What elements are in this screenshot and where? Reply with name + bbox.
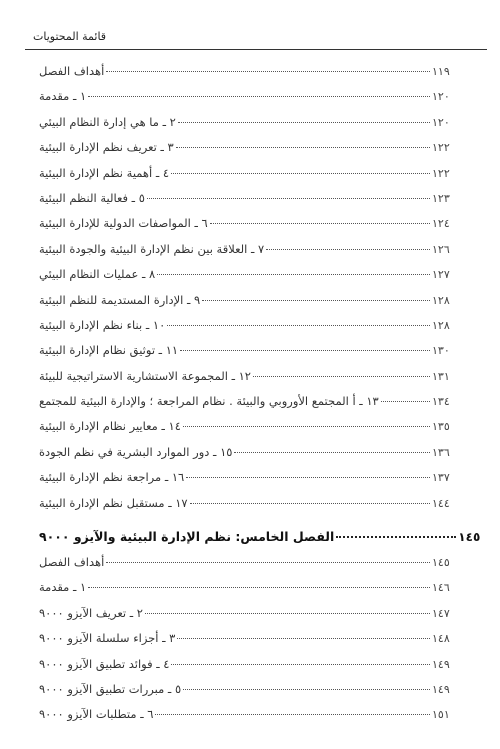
dot-leader — [336, 524, 456, 538]
toc-entry-page: ١٢٦ — [432, 243, 458, 256]
toc-entry-label: ١٦ ـ مراجعة نظم الإدارة البيئية — [36, 470, 184, 484]
toc-entry-label: ٣ ـ تعريف نظم الإدارة البيئية — [36, 140, 174, 154]
dot-leader — [177, 626, 430, 639]
toc-entry-page: ١٣٧ — [432, 471, 458, 484]
dot-leader — [147, 186, 430, 199]
toc-entry-label: ٤ ـ فوائد تطبيق الآيزو ٩٠٠٠ — [36, 657, 169, 671]
toc-entry-label: ١ ـ مقدمة — [36, 89, 86, 103]
toc-entry-label: ٢ ـ ما هي إدارة النظام البيئي — [36, 115, 176, 129]
dot-leader — [176, 135, 430, 148]
dot-leader — [210, 211, 430, 224]
toc-entry-label: أهداف الفصل — [36, 555, 104, 569]
toc-entry-label: ١٢ ـ المجموعة الاستشارية الاستراتيجية لل… — [36, 369, 251, 383]
dot-leader — [88, 575, 430, 588]
dot-leader — [202, 288, 430, 301]
dot-leader — [253, 364, 430, 377]
dot-leader — [381, 389, 430, 402]
dot-leader — [180, 338, 430, 351]
dot-leader — [171, 652, 430, 665]
toc-entry-label: ٩ ـ الإدارة المستديمة للنظم البيئية — [36, 293, 200, 307]
dot-leader — [106, 550, 430, 563]
toc-entry-label: ٤ ـ أهمية نظم الإدارة البيئية — [36, 166, 169, 180]
toc-entry-page: ١٣٥ — [432, 420, 458, 433]
chapter-page: ١٤٥ — [458, 530, 484, 544]
toc-entry-label: أهداف الفصل — [36, 64, 104, 78]
dot-leader — [171, 161, 430, 174]
toc-entry-page: ١٤٨ — [432, 632, 458, 645]
toc-entry-label: ١ ـ مقدمة — [36, 580, 86, 594]
dot-leader — [145, 601, 430, 614]
dot-leader — [167, 313, 430, 326]
dot-leader — [178, 110, 430, 123]
toc-entry-label: ٦ ـ المواصفات الدولية للإدارة البيئية — [36, 216, 208, 230]
dot-leader — [106, 59, 430, 72]
dot-leader — [190, 491, 430, 504]
dot-leader — [157, 262, 430, 275]
table-of-contents: أهداف الفصل ١١٩ ١ ـ مقدمة ١٢٠ ٢ ـ ما هي … — [36, 62, 458, 731]
dot-leader — [234, 440, 430, 453]
toc-entry-page: ١٢٢ — [432, 167, 458, 180]
dot-leader — [183, 677, 430, 690]
toc-entry-page: ١٤٩ — [432, 658, 458, 671]
dot-leader — [183, 414, 430, 427]
toc-entry-page: ١٢٣ — [432, 192, 458, 205]
toc-entry-page: ١٢٢ — [432, 141, 458, 154]
toc-entry-label: ٥ ـ مبررات تطبيق الآيزو ٩٠٠٠ — [36, 682, 181, 696]
toc-entry-label: ٨ ـ عمليات النظام البيئي — [36, 267, 155, 281]
running-header-title: قائمة المحتويات — [33, 30, 106, 43]
toc-entry-label: ٣ ـ أجزاء سلسلة الآيزو ٩٠٠٠ — [36, 631, 175, 645]
toc-entry-page: ١٢٧ — [432, 268, 458, 281]
toc-entry-page: ١٣١ — [432, 370, 458, 383]
toc-entry-page: ١٥١ — [432, 708, 458, 721]
toc-entry-page: ١٤٦ — [432, 581, 458, 594]
toc-entry-page: ١٢٤ — [432, 217, 458, 230]
dot-leader — [155, 702, 430, 715]
toc-entry-page: ١٣٤ — [432, 395, 458, 408]
dot-leader — [186, 465, 430, 478]
toc-entry-page: ١٤٧ — [432, 607, 458, 620]
toc-entry-label: ١٠ ـ بناء نظم الإدارة البيئية — [36, 318, 165, 332]
toc-entry-label: ١٣ ـ أ المجتمع الأوروبي والبيئة . نظام ا… — [36, 394, 379, 408]
toc-entry-page: ١١٩ — [432, 65, 458, 78]
toc-entry-label: ١١ ـ توثيق نظام الإدارة البيئية — [36, 343, 178, 357]
toc-entry-label: ١٤ ـ معايير نظام الإدارة البيئية — [36, 419, 181, 433]
toc-entry-page: ١٣٦ — [432, 446, 458, 459]
toc-entry-page: ١٢٨ — [432, 319, 458, 332]
toc-entry[interactable]: ١٧ ـ مستقبل نظم الإدارة البيئية ١٤٤ — [36, 494, 458, 519]
toc-entry-label: ١٥ ـ دور الموارد البشرية في نظم الجودة — [36, 445, 232, 459]
toc-entry-page: ١٢٠ — [432, 90, 458, 103]
toc-entry-page: ١٢٨ — [432, 294, 458, 307]
toc-entry-page: ١٢٠ — [432, 116, 458, 129]
toc-entry-label: ٥ ـ فعالية النظم البيئية — [36, 191, 145, 205]
toc-entry-page: ١٤٩ — [432, 683, 458, 696]
header-rule — [25, 49, 487, 51]
page-header: قائمة المحتويات — [25, 22, 487, 50]
toc-entry-label: ١٧ ـ مستقبل نظم الإدارة البيئية — [36, 496, 188, 510]
toc-entry-label: ٦ ـ متطلبات الآيزو ٩٠٠٠ — [36, 707, 153, 721]
dot-leader — [266, 237, 430, 250]
dot-leader — [88, 84, 430, 97]
toc-entry-page: ١٤٤ — [432, 497, 458, 510]
toc-entry-label: ٢ ـ تعريف الآيزو ٩٠٠٠ — [36, 606, 143, 620]
toc-entry-label: ٧ ـ العلاقة بين نظم الإدارة البيئية والج… — [36, 242, 264, 256]
chapter-title: الفصل الخامس: نظم الإدارة البيئية والآيز… — [36, 529, 334, 544]
toc-entry-page: ١٣٠ — [432, 344, 458, 357]
toc-entry-page: ١٤٥ — [432, 556, 458, 569]
toc-entry[interactable]: ٦ ـ متطلبات الآيزو ٩٠٠٠ ١٥١ — [36, 705, 458, 730]
